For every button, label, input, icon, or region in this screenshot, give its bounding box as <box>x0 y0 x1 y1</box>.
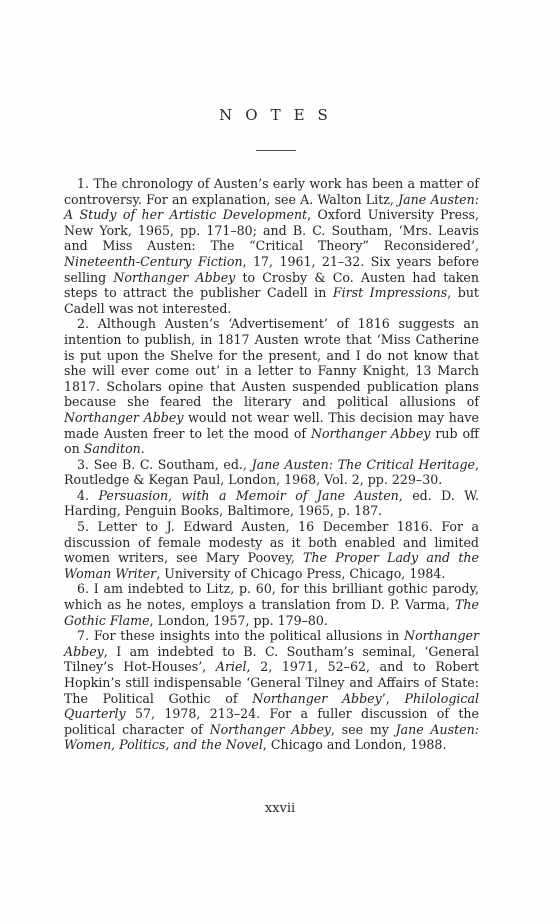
note-text: , Chicago and London, 1988. <box>263 737 447 752</box>
note-item: 1. The chronology of Austen’s early work… <box>64 176 479 316</box>
note-text-italic: Northanger Abbey <box>311 426 431 441</box>
note-text: 7. For these insights into the political… <box>77 628 404 643</box>
note-text-italic: Persuasion, with a Memoir of Jane Austen <box>98 488 398 503</box>
notes-list: 1. The chronology of Austen’s early work… <box>64 176 479 753</box>
note-text: , University of Chicago Press, Chicago, … <box>156 566 445 581</box>
note-text: 4. <box>77 488 98 503</box>
note-text: 6. I am indebted to Litz, p. 60, for thi… <box>64 581 479 612</box>
note-item: 2. Although Austen’s ‘Advertisement’ of … <box>64 316 479 456</box>
heading-divider <box>256 150 296 151</box>
note-item: 7. For these insights into the political… <box>64 628 479 753</box>
note-text: 2. Although Austen’s ‘Advertisement’ of … <box>64 316 479 409</box>
note-item: 3. See B. C. Southam, ed., Jane Austen: … <box>64 457 479 488</box>
note-item: 5. Letter to J. Edward Austen, 16 Decemb… <box>64 519 479 581</box>
note-text-italic: Jane Austen: The Critical Heritage <box>252 457 475 472</box>
note-text-italic: Northanger Abbey <box>113 270 235 285</box>
book-page: NOTES 1. The chronology of Austen’s earl… <box>0 0 560 924</box>
note-text-italic: Sanditon <box>84 441 141 456</box>
note-item: 4. Persuasion, with a Memoir of Jane Aus… <box>64 488 479 519</box>
page-title: NOTES <box>0 106 560 124</box>
note-text-italic: First Impressions <box>333 285 447 300</box>
note-item: 6. I am indebted to Litz, p. 60, for thi… <box>64 581 479 628</box>
note-text-italic: Northanger Abbey <box>252 691 381 706</box>
note-text: ’, <box>382 691 405 706</box>
note-text: , London, 1957, pp. 179–80. <box>150 613 328 628</box>
page-number: xxvii <box>0 801 560 816</box>
note-text-italic: Nineteenth-Century Fiction <box>64 254 243 269</box>
note-text-italic: Ariel <box>216 659 247 674</box>
note-text: . <box>141 441 145 456</box>
note-text: , see my <box>331 722 396 737</box>
note-text-italic: Northanger Abbey <box>64 410 183 425</box>
note-text: 3. See B. C. Southam, ed., <box>77 457 252 472</box>
note-text-italic: Northanger Abbey <box>210 722 331 737</box>
